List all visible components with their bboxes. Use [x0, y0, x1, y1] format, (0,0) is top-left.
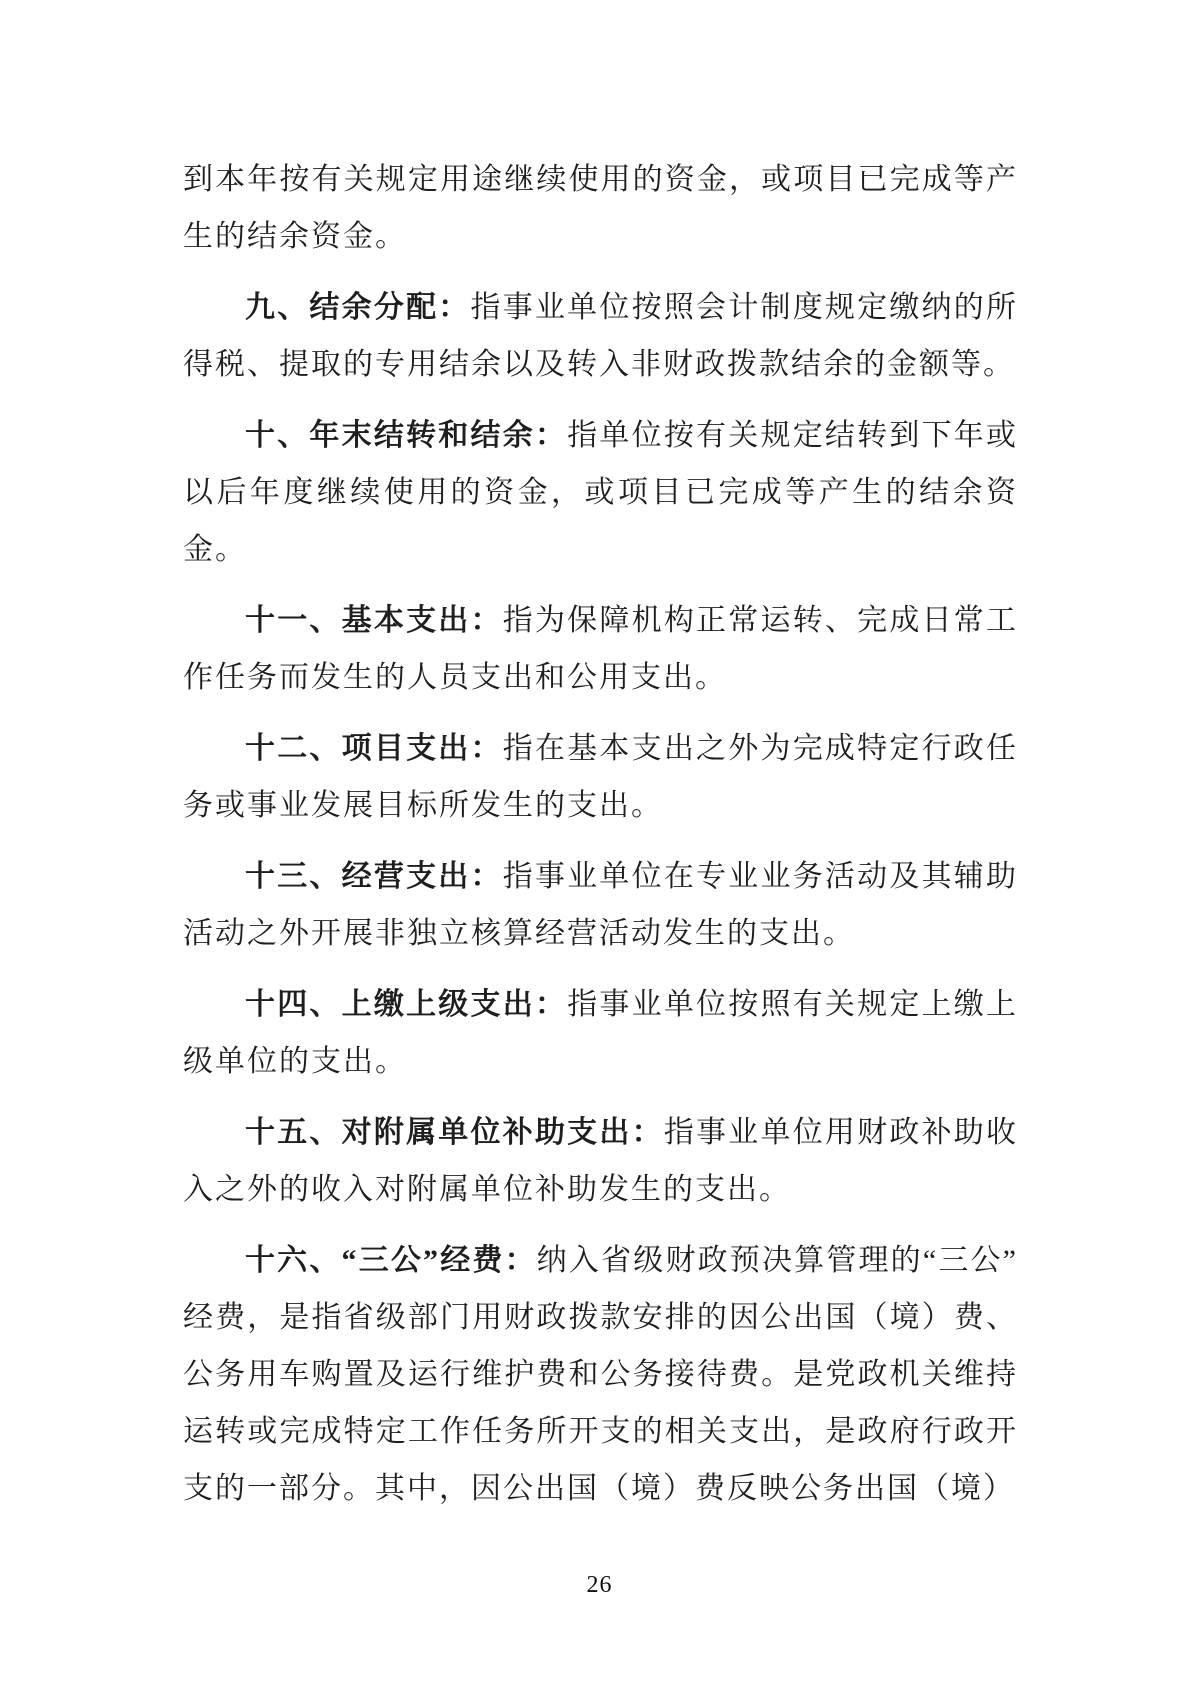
paragraph-definition-11: 十一、基本支出：指为保障机构正常运转、完成日常工 作任务而发生的人员支出和公用支… — [183, 592, 1017, 706]
body-line: 级单位的支出。 — [183, 1033, 1017, 1090]
paragraph-definition-16: 十六、“三公”经费：纳入省级财政预决算管理的“三公” 经费，是指省级部门用财政拨… — [183, 1232, 1017, 1517]
term-heading: 十五、对附属单位补助支出： — [245, 1116, 664, 1149]
term-definition-text: 纳入省级财政预决算管理的“三公” — [537, 1244, 1017, 1277]
term-heading: 十四、上缴上级支出： — [245, 988, 567, 1021]
term-heading: 十一、基本支出： — [245, 604, 503, 637]
term-heading: 十六、“三公”经费： — [245, 1244, 537, 1277]
term-definition-text: 指单位按有关规定结转到下年或 — [567, 419, 1017, 452]
body-line: 务或事业发展目标所发生的支出。 — [183, 777, 1017, 834]
paragraph-definition-13: 十三、经营支出：指事业单位在专业业务活动及其辅助 活动之外开展非独立核算经营活动… — [183, 848, 1017, 962]
page-number: 26 — [0, 1572, 1199, 1599]
body-line: 以后年度继续使用的资金，或项目已完成等产生的结余资 — [183, 464, 1017, 521]
body-line: 十四、上缴上级支出：指事业单位按照有关规定上缴上 — [183, 976, 1017, 1033]
paragraph-definition-9: 九、结余分配：指事业单位按照会计制度规定缴纳的所 得税、提取的专用结余以及转入非… — [183, 279, 1017, 393]
term-definition-text: 指事业单位按照会计制度规定缴纳的所 — [471, 291, 1017, 324]
body-line: 金。 — [183, 521, 1017, 578]
page-body-text: 到本年按有关规定用途继续使用的资金，或项目已完成等产 生的结余资金。 九、结余分… — [183, 151, 1017, 1531]
body-line: 经费，是指省级部门用财政拨款安排的因公出国（境）费、 — [183, 1289, 1017, 1346]
body-line: 得税、提取的专用结余以及转入非财政拨款结余的金额等。 — [183, 336, 1017, 393]
body-line: 入之外的收入对附属单位补助发生的支出。 — [183, 1161, 1017, 1218]
body-line: 生的结余资金。 — [183, 208, 1017, 265]
body-line: 到本年按有关规定用途继续使用的资金，或项目已完成等产 — [183, 151, 1017, 208]
body-line: 十一、基本支出：指为保障机构正常运转、完成日常工 — [183, 592, 1017, 649]
body-line: 十二、项目支出：指在基本支出之外为完成特定行政任 — [183, 720, 1017, 777]
body-line: 九、结余分配：指事业单位按照会计制度规定缴纳的所 — [183, 279, 1017, 336]
paragraph-definition-15: 十五、对附属单位补助支出：指事业单位用财政补助收 入之外的收入对附属单位补助发生… — [183, 1104, 1017, 1218]
body-line: 十六、“三公”经费：纳入省级财政预决算管理的“三公” — [183, 1232, 1017, 1289]
term-definition-text: 指事业单位按照有关规定上缴上 — [567, 988, 1017, 1021]
term-heading: 十二、项目支出： — [245, 732, 503, 765]
paragraph-definition-14: 十四、上缴上级支出：指事业单位按照有关规定上缴上 级单位的支出。 — [183, 976, 1017, 1090]
term-heading: 十三、经营支出： — [245, 860, 503, 893]
term-definition-text: 指事业单位在专业业务活动及其辅助 — [503, 860, 1017, 893]
term-definition-text: 指在基本支出之外为完成特定行政任 — [503, 732, 1017, 765]
body-line: 十三、经营支出：指事业单位在专业业务活动及其辅助 — [183, 848, 1017, 905]
document-page: 到本年按有关规定用途继续使用的资金，或项目已完成等产 生的结余资金。 九、结余分… — [0, 0, 1199, 1696]
paragraph-definition-10: 十、年末结转和结余：指单位按有关规定结转到下年或 以后年度继续使用的资金，或项目… — [183, 407, 1017, 578]
term-definition-text: 指事业单位用财政补助收 — [664, 1116, 1017, 1149]
body-line: 运转或完成特定工作任务所开支的相关支出，是政府行政开 — [183, 1403, 1017, 1460]
body-line: 十、年末结转和结余：指单位按有关规定结转到下年或 — [183, 407, 1017, 464]
paragraph-definition-12: 十二、项目支出：指在基本支出之外为完成特定行政任 务或事业发展目标所发生的支出。 — [183, 720, 1017, 834]
body-line: 作任务而发生的人员支出和公用支出。 — [183, 649, 1017, 706]
paragraph-continuation: 到本年按有关规定用途继续使用的资金，或项目已完成等产 生的结余资金。 — [183, 151, 1017, 265]
term-definition-text: 指为保障机构正常运转、完成日常工 — [503, 604, 1017, 637]
body-line: 活动之外开展非独立核算经营活动发生的支出。 — [183, 905, 1017, 962]
body-line: 支的一部分。其中，因公出国（境）费反映公务出国（境） — [183, 1460, 1017, 1517]
term-heading: 十、年末结转和结余： — [245, 419, 567, 452]
term-heading: 九、结余分配： — [245, 291, 471, 324]
body-line: 公务用车购置及运行维护费和公务接待费。是党政机关维持 — [183, 1346, 1017, 1403]
body-line: 十五、对附属单位补助支出：指事业单位用财政补助收 — [183, 1104, 1017, 1161]
